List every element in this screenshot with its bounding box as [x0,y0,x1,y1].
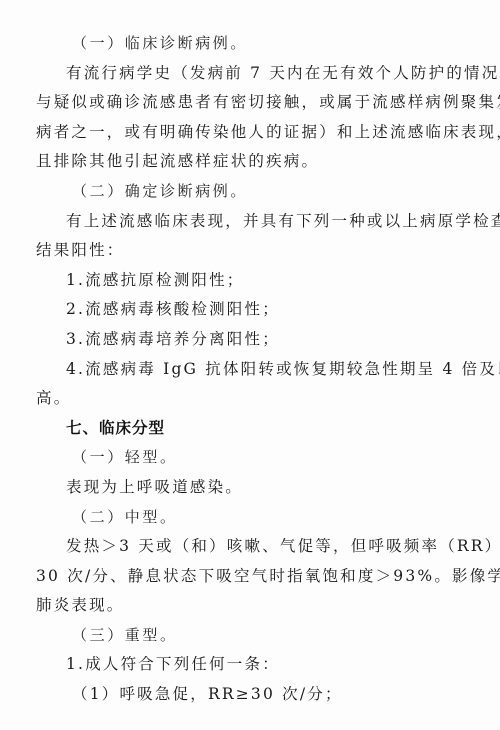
list-item: 2.流感病毒核酸检测阳性； [36,295,466,325]
paragraph-line: 与疑似或确诊流感患者有密切接触，或属于流感样病例聚集发 [36,88,466,118]
paragraph-line: 有上述流感临床表现，并具有下列一种或以上病原学检查 [36,207,466,237]
section-heading-clinical-classification: 七、临床分型 [36,414,466,444]
paragraph-line: 且排除其他引起流感样症状的疾病。 [36,147,466,177]
document-page: （一）临床诊断病例。 有流行病学史（发病前 7 天内在无有效个人防护的情况下 与… [0,0,500,730]
list-item: 4.流感病毒 IgG 抗体阳转或恢复期较急性期呈 4 倍及以上升 [36,355,466,385]
subheading-moderate-type: （二）中型。 [36,503,466,533]
list-item-continuation: 高。 [36,384,466,414]
subheading-severe-type: （三）重型。 [36,621,466,651]
paragraph-line: 30 次/分、静息状态下吸空气时指氧饱和度＞93%。影像学可见 [36,562,466,592]
paragraph-line: 有流行病学史（发病前 7 天内在无有效个人防护的情况下 [36,59,466,89]
paragraph-line: 病者之一，或有明确传染他人的证据）和上述流感临床表现， [36,118,466,148]
subheading-confirmed-diagnosis: （二）确定诊断病例。 [36,177,466,207]
paragraph-line: 发热＞3 天或（和）咳嗽、气促等，但呼吸频率（RR）＜ [36,532,466,562]
document-body: （一）临床诊断病例。 有流行病学史（发病前 7 天内在无有效个人防护的情况下 与… [36,29,466,710]
paragraph-line: 结果阳性： [36,236,466,266]
list-item: 1.成人符合下列任何一条： [36,650,466,680]
list-item: 1.流感抗原检测阳性； [36,266,466,296]
paragraph-line: 表现为上呼吸道感染。 [36,473,466,503]
paragraph-line: 肺炎表现。 [36,591,466,621]
list-item: 3.流感病毒培养分离阳性； [36,325,466,355]
list-item: （1）呼吸急促，RR≥30 次/分； [36,680,466,710]
subheading-mild-type: （一）轻型。 [36,443,466,473]
subheading-clinical-diagnosis: （一）临床诊断病例。 [36,29,466,59]
